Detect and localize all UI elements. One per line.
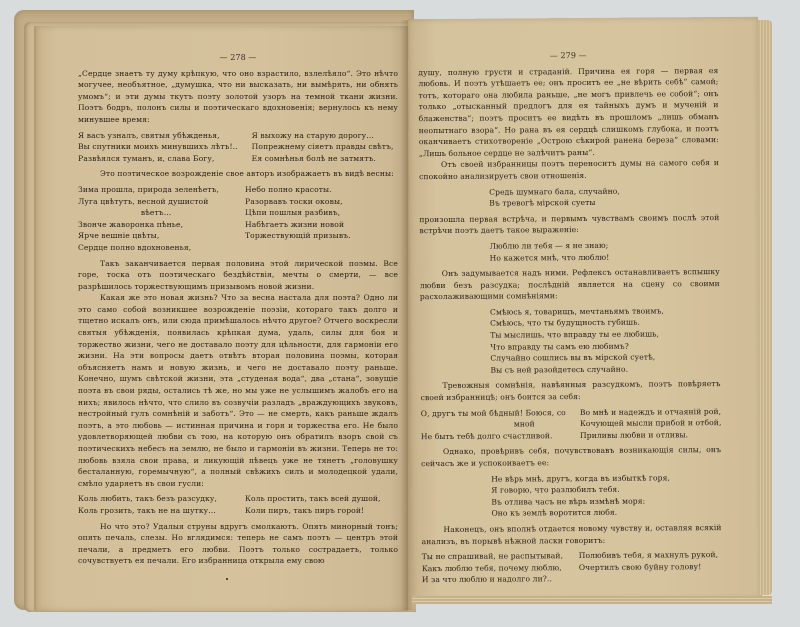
verse-line: Сердце полно вдохновенья, xyxy=(78,242,231,254)
verse-line: мной xyxy=(421,418,566,431)
ink-spot xyxy=(226,578,228,580)
verse-line: Коль простить, такъ всей душой, xyxy=(245,493,398,505)
verse-line: Ты не спрашивай, не распытывай, xyxy=(422,550,565,563)
paragraph: Отъ своей избранницы поэтъ переноситъ ду… xyxy=(419,157,719,182)
verse-line: Коль любить, такъ безъ разсудку, xyxy=(78,493,231,505)
verse-line: Цѣпи пошлыя разбивъ, xyxy=(245,207,398,219)
verse-two-column: Зима прошла, природа зеленѣетъ,Луга цвѣт… xyxy=(78,184,398,254)
verse-line: Вы съ ней разойдетесь случайно. xyxy=(490,363,720,376)
left-page: — 278 — „Сердце знаетъ ту думу крѣпкую, … xyxy=(36,26,408,611)
paragraph: Какая же это новая жизнь? Что за весна н… xyxy=(78,292,398,489)
verse-block: Смѣюсь я, товарищъ, мечтаньямъ твоимъ,См… xyxy=(490,305,720,376)
verse-line: Въ тревогѣ мірской суеты xyxy=(489,196,719,209)
verse-column-right: Небо полно красоты.Разорвавъ тоски оковы… xyxy=(245,184,398,254)
left-page-content: — 278 — „Сердце знаетъ ту думу крѣпкую, … xyxy=(78,52,398,567)
paragraph: Но что это? Удалыя струны вдругъ смолкаю… xyxy=(78,521,398,567)
verse-line: Зима прошла, природа зеленѣетъ, xyxy=(78,184,231,196)
verse-line: Полюбивъ тебя, я махнулъ рукой, xyxy=(579,549,722,562)
verse-column-left: Коль любить, такъ безъ разсудку,Коль гро… xyxy=(78,493,231,516)
verse-line: Торжествующій призывъ. xyxy=(245,230,398,242)
verse-column-left: Ты не спрашивай, не распытывай,Какъ любл… xyxy=(422,550,565,586)
verse-column-left: О, другъ ты мой бѣдный! Боюся, со мнойНе… xyxy=(421,407,566,443)
verse-line: Очертилъ свою буйну голову! xyxy=(579,561,722,574)
page-number: — 279 — xyxy=(418,49,718,63)
verse-line: Кочующей мысли прибой и отбой, xyxy=(580,417,722,430)
verse-column-right: Полюбивъ тебя, я махнулъ рукой,Очертилъ … xyxy=(579,549,722,585)
verse-two-column: Я васъ узналъ, святыя убѣжденья,Вы спутн… xyxy=(78,130,398,165)
verse-line: Ея сомнѣнья болѣ не затмятъ. xyxy=(252,153,398,165)
verse-line: Звонче жаворонка пѣнье, xyxy=(78,219,231,231)
verse-line: Во мнѣ и надеждъ и отчаяній рой, xyxy=(580,406,722,419)
verse-line: Разорвавъ тоски оковы, xyxy=(245,196,398,208)
verse-two-column: Ты не спрашивай, не распытывай,Какъ любл… xyxy=(422,549,722,586)
verse-block: Средь шумнаго бала, случайно,Въ тревогѣ … xyxy=(489,185,719,210)
verse-column-left: Зима прошла, природа зеленѣетъ,Луга цвѣт… xyxy=(78,184,231,254)
right-page-content: — 279 — душу, полную грусти и страданій.… xyxy=(418,49,722,590)
paragraph: Онъ задумывается надъ ними. Рефлексъ ост… xyxy=(420,266,720,303)
verse-column-right: Коль простить, такъ всей душой,Коли пиръ… xyxy=(245,493,398,516)
verse-line: Коль грозить, такъ не на шутку… xyxy=(78,505,231,517)
paragraph: произошла первая встрѣча, и первымъ чувс… xyxy=(419,212,719,237)
verse-line: Не быть тебѣ долго счастливой. xyxy=(421,430,566,443)
verse-line: Вы спутники моихъ минувшихъ лѣтъ!.. xyxy=(78,141,238,153)
verse-line: Набѣгаетъ жизни новой xyxy=(245,219,398,231)
verse-column-left: Я васъ узналъ, святыя убѣжденья,Вы спутн… xyxy=(78,130,238,165)
verse-line: Приливы любви и отливы. xyxy=(580,429,722,442)
verse-line: И за что люблю и надолго ли?.. xyxy=(422,573,565,586)
page-number: — 278 — xyxy=(78,52,398,64)
open-book-photo: — 278 — „Сердце знаетъ ту думу крѣпкую, … xyxy=(0,0,800,627)
verse-line: О, другъ ты мой бѣдный! Боюся, со xyxy=(421,407,566,420)
verse-line: Я васъ узналъ, святыя убѣжденья, xyxy=(78,130,238,142)
verse-line: Оно къ землѣ воротится любя. xyxy=(491,506,721,519)
verse-line: Попрежнему сіяетъ правды свѣтъ, xyxy=(252,141,398,153)
paragraph: Однако, провѣривъ себя, почувствовавъ во… xyxy=(421,444,721,469)
verse-line: вѣетъ… xyxy=(78,207,231,219)
verse-two-column: О, другъ ты мой бѣдный! Боюся, со мнойНе… xyxy=(421,406,721,443)
page-edges-bottom xyxy=(412,596,772,604)
paragraph: душу, полную грусти и страданій. Причина… xyxy=(418,65,719,160)
verse-line: Какъ люблю тебя, почему люблю, xyxy=(422,562,565,575)
verse-two-column: Коль любить, такъ безъ разсудку,Коль гро… xyxy=(78,493,398,516)
paragraph: Это поэтическое возрожденіе свое авторъ … xyxy=(78,168,398,180)
verse-line: Коли пиръ, такъ пиръ горой! xyxy=(245,505,398,517)
paragraph: Наконецъ, онъ вполнѣ отдается новому чув… xyxy=(421,522,721,547)
verse-line: Развѣялся туманъ, и, слава Богу, xyxy=(78,153,238,165)
paragraph: „Сердце знаетъ ту думу крѣпкую, что оно … xyxy=(78,68,398,126)
page-edges-right xyxy=(758,20,772,595)
verse-line: Но кажется мнѣ, что люблю! xyxy=(490,251,720,264)
right-page: — 279 — душу, полную грусти и страданій.… xyxy=(408,17,762,601)
verse-line: Ярче вешніе цвѣты, xyxy=(78,230,231,242)
verse-column-right: Я выхожу на старую дорогу…Попрежнему сія… xyxy=(252,130,398,165)
paragraph: Тревожныя сомнѣнія, навѣянныя разсудкомъ… xyxy=(420,378,720,403)
verse-line: Я выхожу на старую дорогу… xyxy=(252,130,398,142)
verse-block: Люблю ли тебя — я не знаю;Но кажется мнѣ… xyxy=(490,239,720,264)
verse-line: Небо полно красоты. xyxy=(245,184,398,196)
verse-line: Луга цвѣтутъ, весной душистой xyxy=(78,196,231,208)
paragraph: Такъ заканчивается первая половина этой … xyxy=(78,258,398,293)
verse-block: Не вѣрь мнѣ, другъ, когда въ избыткѣ гор… xyxy=(491,472,721,520)
verse-column-right: Во мнѣ и надеждъ и отчаяній рой,Кочующей… xyxy=(580,406,722,442)
